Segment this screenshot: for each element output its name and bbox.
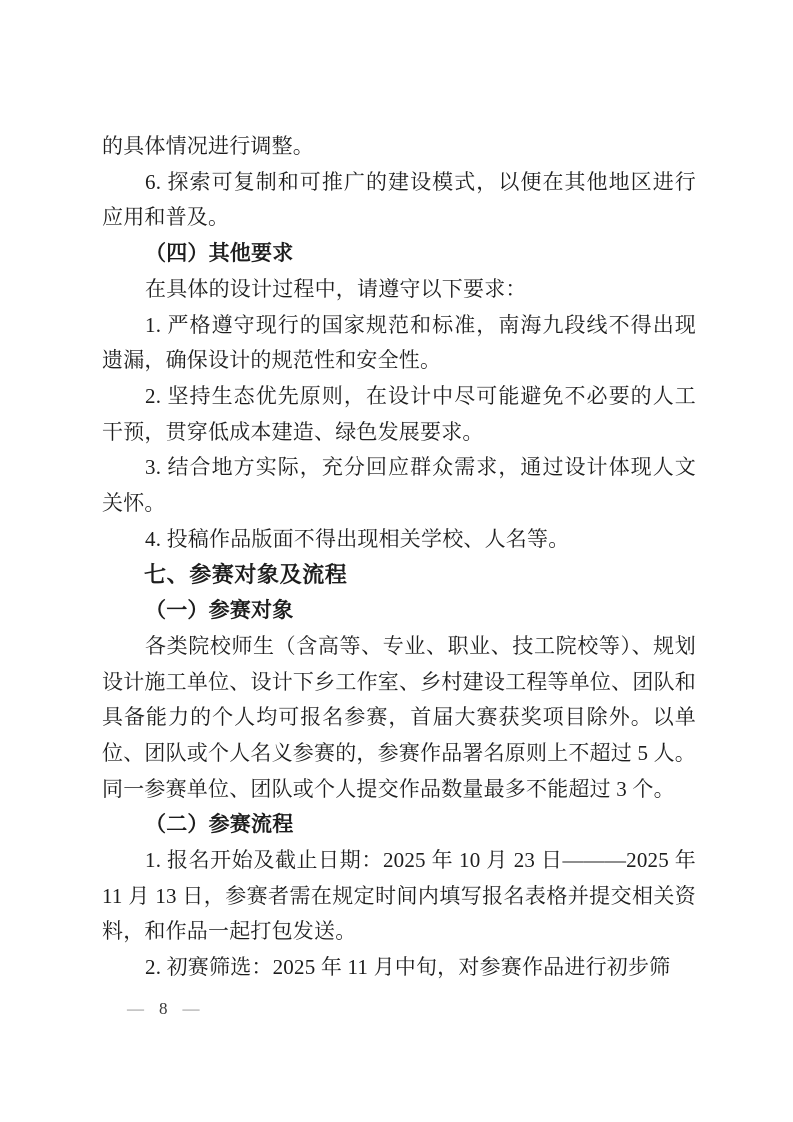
page-number: 8 — [159, 996, 168, 1022]
paragraph: 1. 严格遵守现行的国家规范和标准，南海九段线不得出现遗漏，确保设计的规范性和安… — [102, 308, 696, 379]
section-heading-participants-and-process: 七、参赛对象及流程 — [102, 557, 696, 593]
footer-right-dash: — — [183, 996, 200, 1022]
subsection-heading-participants: （一）参赛对象 — [102, 593, 696, 629]
paragraph: 各类院校师生（含高等、专业、职业、技工院校等）、规划设计施工单位、设计下乡工作室… — [102, 629, 696, 808]
page-content: 的具体情况进行调整。 6. 探索可复制和可推广的建设模式，以便在其他地区进行应用… — [102, 129, 696, 986]
paragraph: 在具体的设计过程中，请遵守以下要求： — [102, 272, 696, 308]
paragraph: 3. 结合地方实际，充分回应群众需求，通过设计体现人文关怀。 — [102, 450, 696, 521]
paragraph: 4. 投稿作品版面不得出现相关学校、人名等。 — [102, 522, 696, 558]
document-page: 的具体情况进行调整。 6. 探索可复制和可推广的建设模式，以便在其他地区进行应用… — [0, 0, 793, 1122]
subsection-heading-other-requirements: （四）其他要求 — [102, 236, 696, 272]
paragraph: 1. 报名开始及截止日期：2025 年 10 月 23 日———2025 年 1… — [102, 843, 696, 950]
paragraph: 6. 探索可复制和可推广的建设模式，以便在其他地区进行应用和普及。 — [102, 165, 696, 236]
page-footer: — 8 — — [127, 996, 200, 1022]
footer-left-dash: — — [127, 996, 144, 1022]
paragraph-continuation: 的具体情况进行调整。 — [102, 129, 696, 165]
subsection-heading-process: （二）参赛流程 — [102, 807, 696, 843]
paragraph: 2. 初赛筛选：2025 年 11 月中旬，对参赛作品进行初步筛 — [102, 950, 696, 986]
paragraph: 2. 坚持生态优先原则，在设计中尽可能避免不必要的人工干预，贯穿低成本建造、绿色… — [102, 379, 696, 450]
